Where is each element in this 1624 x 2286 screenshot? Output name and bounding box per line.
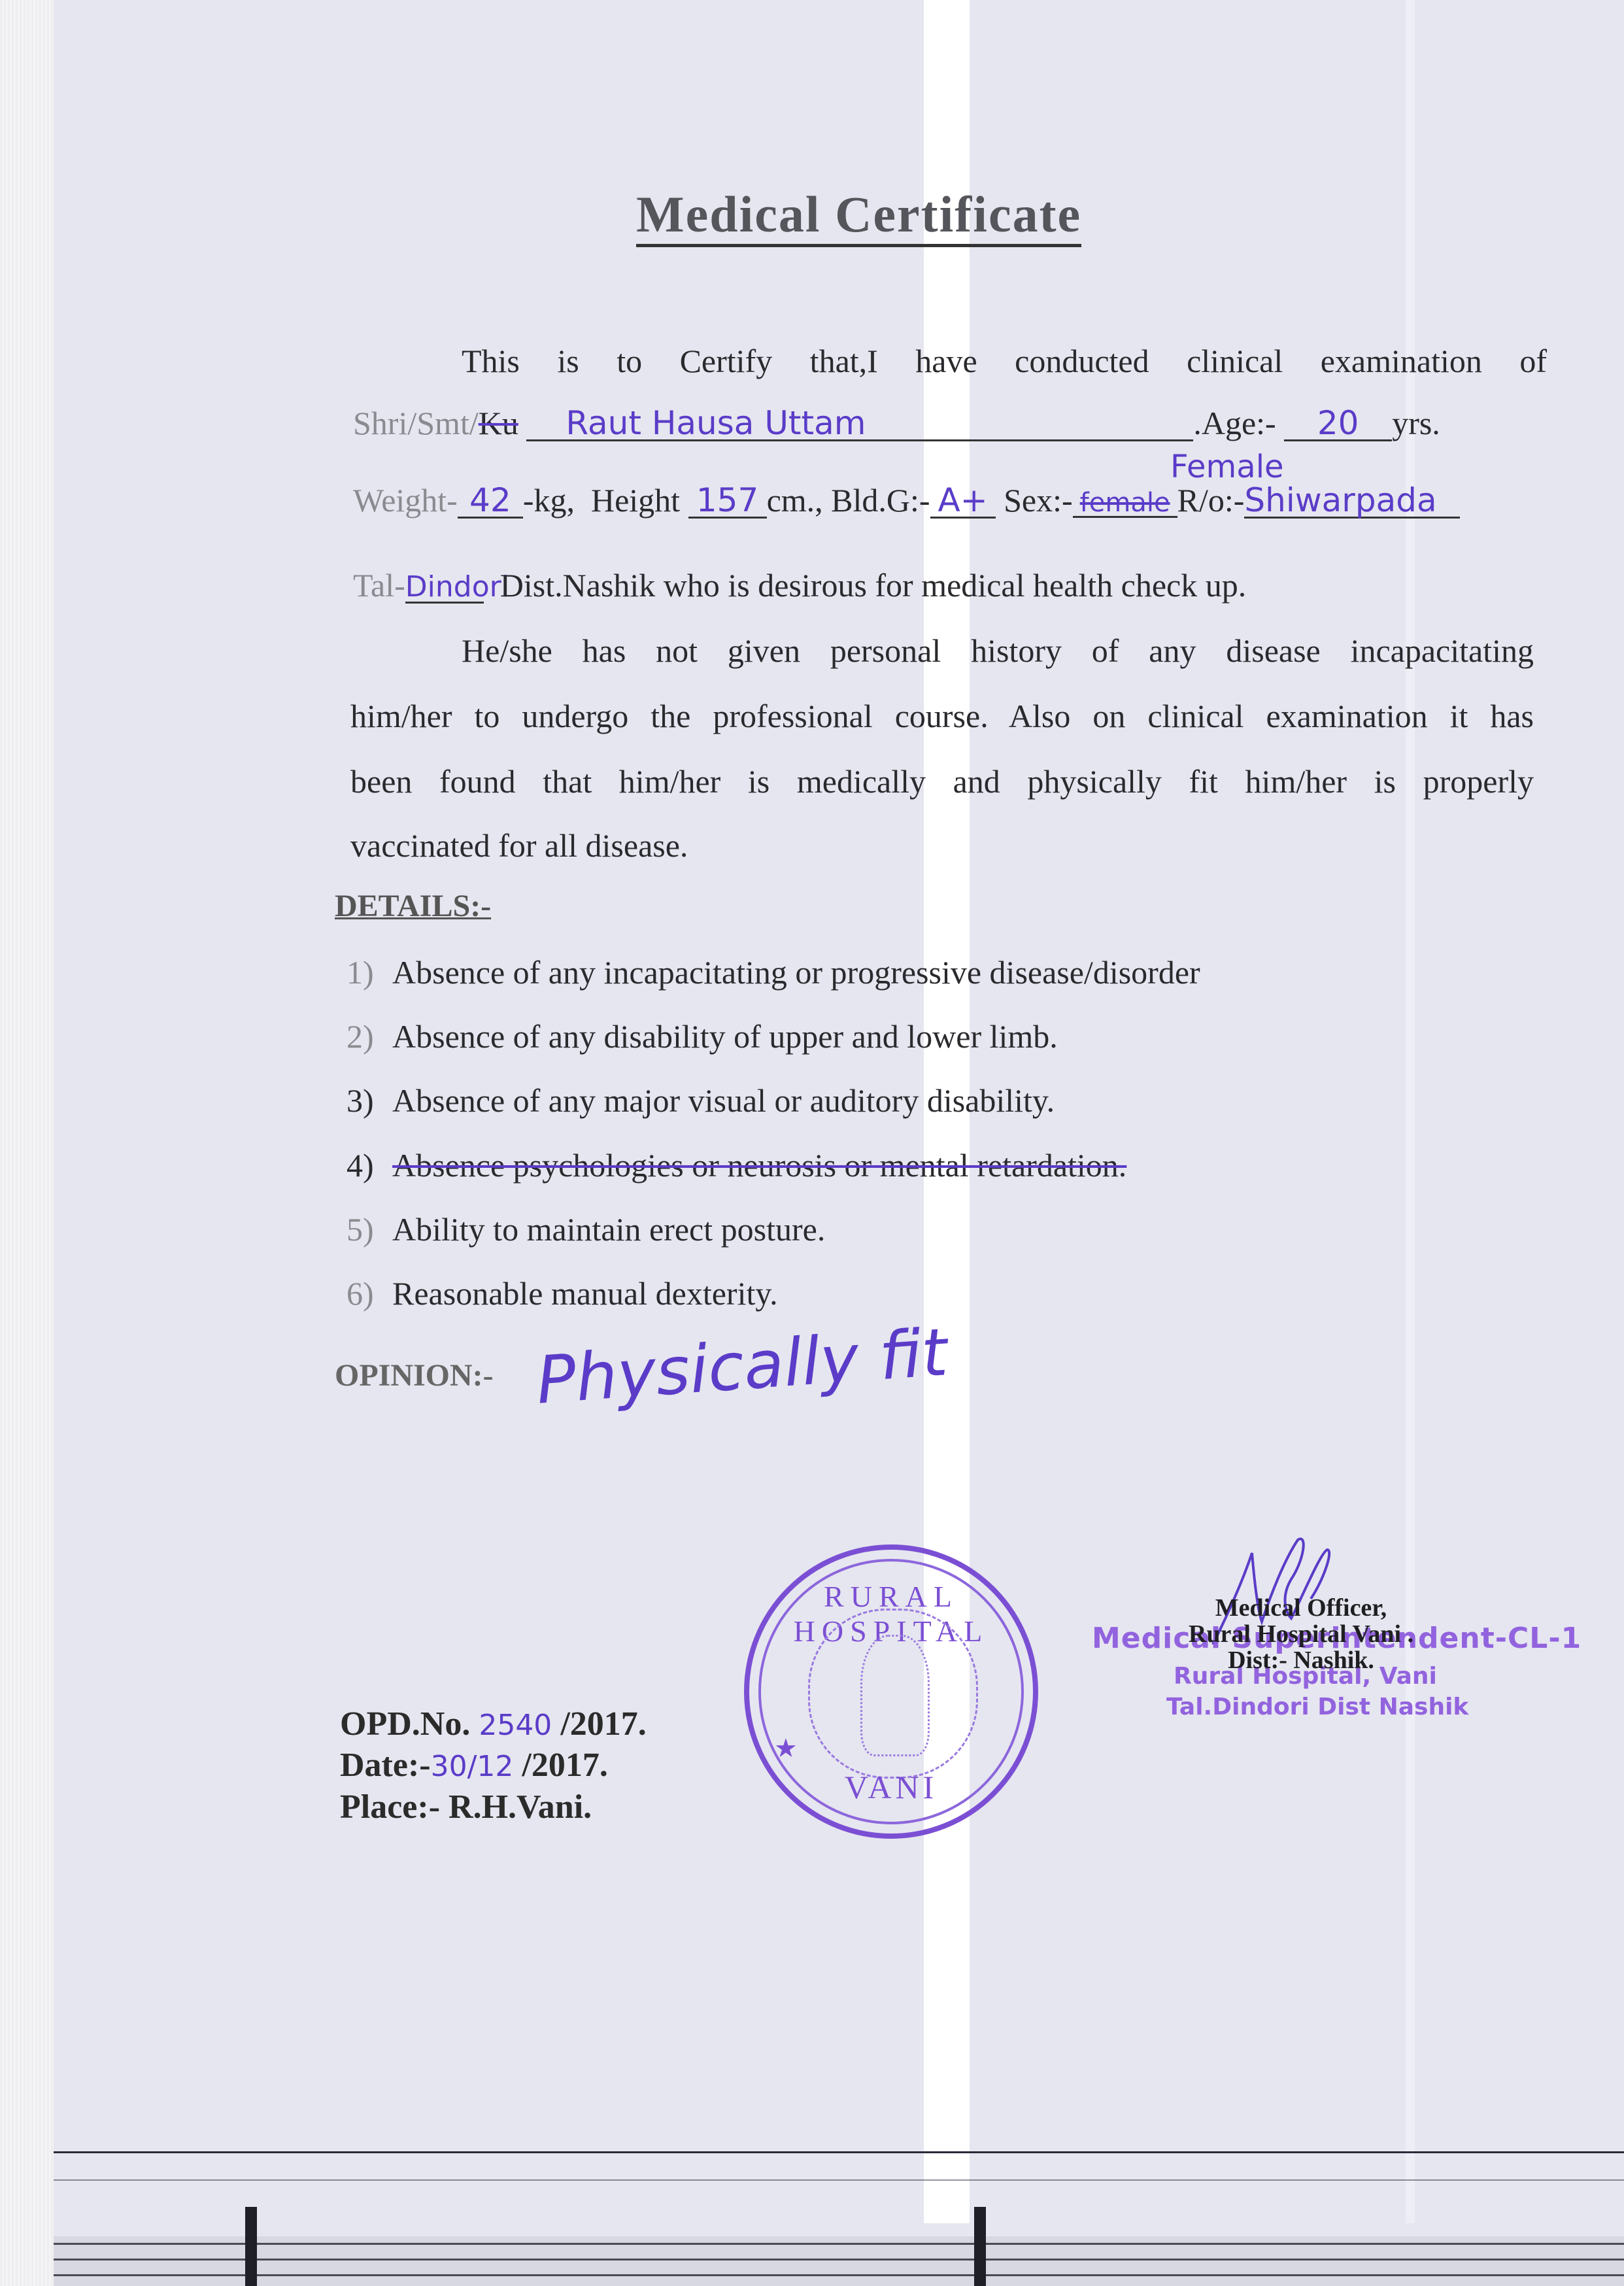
intro-line-1: This is to Certify that,I have conducted… [462, 345, 1547, 377]
detail-number: 3) [347, 1084, 392, 1117]
detail-item: 5)Ability to maintain erect posture. [347, 1213, 825, 1246]
detail-item: 6)Reasonable manual dexterity. [347, 1277, 778, 1310]
salutation-struck: Ku [479, 405, 518, 441]
scan-artifact-spike [245, 2207, 257, 2286]
para2-line-1: He/she has not given personal history of… [462, 634, 1534, 667]
name-line: Shri/Smt/Ku Raut Hausa Uttam.Age:- 20yrs… [353, 407, 1440, 441]
sex-field-struck: female [1073, 490, 1177, 518]
sex-label: Sex:- [1004, 482, 1073, 519]
detail-item: 3)Absence of any major visual or auditor… [347, 1084, 1055, 1117]
blood-group-field: A+ [930, 484, 996, 519]
age-unit: yrs. [1392, 405, 1440, 441]
age-label: .Age:- [1193, 405, 1276, 441]
star-icon: ★ [774, 1733, 798, 1764]
opd-line: OPD.No. 2540 /2017. [340, 1703, 647, 1745]
blood-group-label: Bld.G:- [831, 482, 930, 519]
detail-item: 1)Absence of any incapacitating or progr… [347, 956, 1200, 989]
opinion-label: OPINION:- [335, 1360, 494, 1391]
date-line: Date:-30/12 /2017. [340, 1745, 647, 1786]
signatory-hospital: Rural Hospital Vani . [1085, 1622, 1517, 1648]
para2-line-4: vaccinated for all disease. [350, 829, 688, 862]
detail-text: Reasonable manual dexterity. [392, 1275, 778, 1312]
salutation-prefix: Shri/Smt/ [353, 405, 479, 441]
opd-block: OPD.No. 2540 /2017. Date:-30/12 /2017. P… [340, 1703, 647, 1828]
date-year: /2017. [522, 1747, 607, 1784]
signatory-block: Medical Officer, Rural Hospital Vani . D… [1085, 1595, 1517, 1674]
patient-name-field: Raut Hausa Uttam [526, 407, 1193, 441]
opd-number: 2540 [479, 1709, 552, 1742]
weight-label: Weight- [353, 482, 458, 519]
scan-artifact-line [54, 2179, 1624, 2181]
age-field: 20 [1284, 407, 1392, 441]
sex-correction: Female [1170, 451, 1284, 483]
detail-number: 5) [347, 1213, 392, 1246]
rubber-stamp-line-3: Tal.Dindori Dist Nashik [1166, 1694, 1468, 1720]
taluka-line-rest: Dist.Nashik who is desirous for medical … [500, 567, 1246, 604]
weight-unit: -kg, [523, 482, 575, 519]
vitals-line: Weight-42-kg, Height 157cm., Bld.G:-A+ S… [353, 484, 1460, 519]
detail-text: Absence psychologies or neurosis or ment… [392, 1147, 1126, 1184]
detail-number: 2) [347, 1020, 392, 1053]
page-title: Medical Certificate [636, 186, 1081, 247]
emblem-icon [860, 1635, 930, 1756]
date-value: 30/12 [431, 1750, 514, 1783]
place-value: R.H.Vani. [448, 1788, 592, 1826]
scan-artifact-band [54, 2236, 1624, 2286]
detail-number: 1) [347, 956, 392, 989]
detail-item: 4)Absence psychologies or neurosis or me… [347, 1149, 1126, 1182]
place-label: Place:- [340, 1788, 440, 1826]
detail-text: Absence of any incapacitating or progres… [392, 954, 1200, 991]
place-line: Place:- R.H.Vani. [340, 1786, 647, 1828]
signatory-title: Medical Officer, [1085, 1595, 1517, 1622]
scan-left-margin [0, 0, 54, 2286]
residence-field: Shiwarpada [1244, 484, 1460, 519]
hospital-seal: RURAL HOSPITAL ★ VANI [744, 1544, 1038, 1839]
para2-line-3: been found that him/her is medically and… [350, 765, 1534, 798]
taluka-field: Dindori [405, 573, 484, 604]
scan-light-stripe [1406, 0, 1415, 2223]
seal-bottom-text: VANI [749, 1768, 1033, 1806]
scan-artifact-line [54, 2151, 1624, 2153]
detail-text: Ability to maintain erect posture. [392, 1211, 825, 1248]
opd-year: /2017. [560, 1705, 646, 1743]
taluka-line: Tal-Dindori Dist.Nashik who is desirous … [353, 569, 1246, 604]
details-heading: DETAILS:- [335, 891, 491, 922]
detail-number: 6) [347, 1277, 392, 1310]
height-unit: cm., [767, 482, 823, 519]
detail-text: Absence of any disability of upper and l… [392, 1018, 1058, 1055]
residence-label: R/o:- [1177, 482, 1245, 519]
detail-text: Absence of any major visual or auditory … [392, 1082, 1055, 1119]
opinion-value: Physically fit [534, 1320, 949, 1414]
scan-artifact-spike [974, 2207, 986, 2286]
date-label: Date:- [340, 1747, 431, 1784]
taluka-label: Tal- [353, 567, 405, 604]
height-field: 157 [688, 484, 767, 519]
height-label: Height [591, 482, 680, 519]
detail-item: 2)Absence of any disability of upper and… [347, 1020, 1058, 1053]
detail-number: 4) [347, 1149, 392, 1182]
opd-label: OPD.No. [340, 1705, 470, 1743]
para2-line-2: him/her to undergo the professional cour… [350, 700, 1534, 732]
weight-field: 42 [458, 484, 523, 519]
signatory-district: Dist:- Nashik. [1085, 1648, 1517, 1674]
